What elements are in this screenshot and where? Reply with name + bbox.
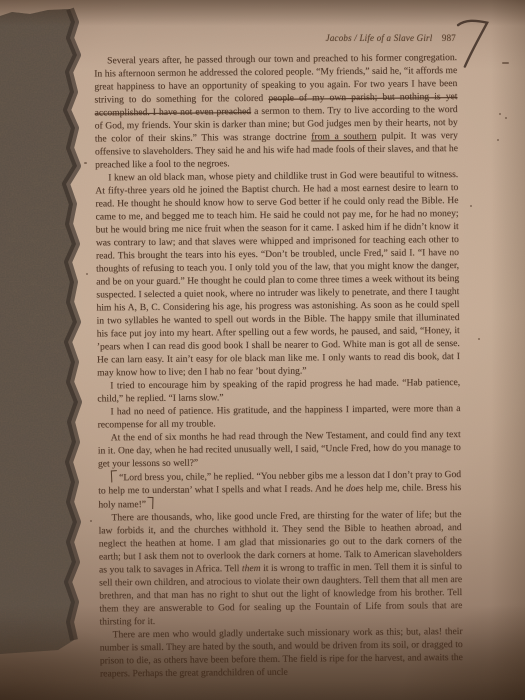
paragraph: There are thousands, who, like good uncl…: [98, 508, 462, 628]
paragraph: “Lord bress you, chile,” he replied. “Yo…: [98, 467, 461, 511]
photo-shadow-right: [491, 0, 525, 700]
binding-shadow-band: [0, 0, 100, 660]
pen-numeral-7: [452, 15, 497, 75]
paragraph: There are men who would gladly undertake…: [100, 625, 463, 680]
handwritten-folio-number: [452, 15, 497, 75]
paragraph: Several years after, he passed through o…: [94, 51, 458, 171]
toner-speck: [478, 338, 480, 340]
paragraph: I had no need of patience. His gratitude…: [97, 402, 460, 431]
toner-speck: [497, 139, 499, 141]
text-segment: them: [242, 563, 261, 574]
header-separator: /: [354, 33, 357, 43]
pen-close-bracket-mark: [147, 497, 153, 509]
text-segment: I had no need of patience. His gratitude…: [98, 403, 461, 430]
text-segment: does: [346, 483, 364, 494]
toner-speck: [86, 273, 88, 275]
paragraph: At the end of six months he had read thr…: [98, 428, 461, 470]
text-segment: from a southern: [311, 131, 376, 143]
text-segment: I tried to encourage him by speaking of …: [97, 377, 460, 404]
toner-speck: [502, 62, 509, 64]
running-header: Jacobs / Life of a Slave Girl 987: [200, 33, 456, 43]
pen-open-bracket-mark: [111, 470, 118, 482]
header-author: Jacobs: [326, 33, 352, 43]
toner-speck: [90, 520, 92, 522]
text-segment: At the end of six months he had read thr…: [98, 429, 461, 469]
toner-speck: [470, 205, 472, 207]
text-segment: There are men who would gladly undertake…: [100, 626, 463, 679]
header-title: Life of a Slave Girl: [359, 33, 432, 43]
photographed-book-page: Jacobs / Life of a Slave Girl 987 Severa…: [0, 0, 525, 700]
paragraph: I tried to encourage him by speaking of …: [97, 376, 460, 405]
toner-speck: [505, 117, 507, 119]
text-segment: I knew an old black man, whose piety and…: [95, 169, 460, 378]
body-text: Several years after, he passed through o…: [94, 51, 463, 680]
toner-speck: [499, 113, 501, 115]
paragraph: I knew an old black man, whose piety and…: [95, 168, 460, 379]
toner-speck: [84, 162, 87, 164]
